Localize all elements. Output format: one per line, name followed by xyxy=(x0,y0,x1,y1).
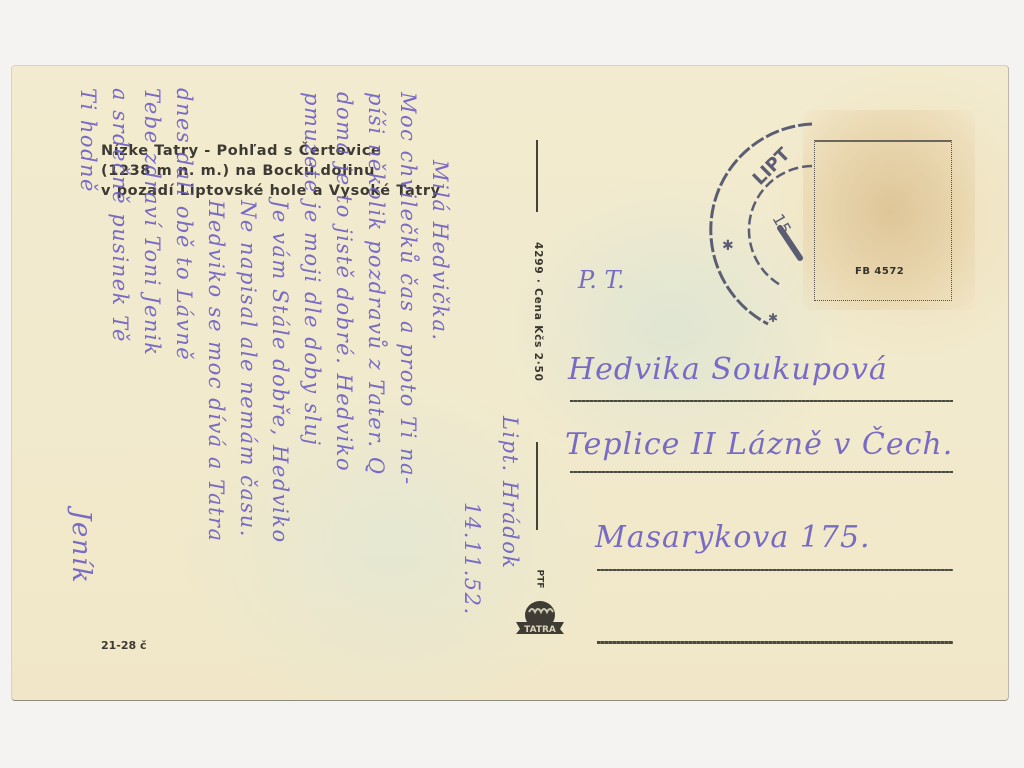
message-line: Moc chvilečků čas a proto Ti na- xyxy=(396,92,420,486)
sender-date: 14.11.52. xyxy=(460,502,484,616)
address-line-4 xyxy=(597,641,953,644)
postmark-icon: ✱ ✱ LIPT 15. xyxy=(700,110,940,350)
divider-bottom xyxy=(536,442,538,530)
message-line: pmuzete je moji dle doby sluj xyxy=(300,92,324,446)
message-line: píši několik pozdravů z Tater. Q xyxy=(364,92,388,476)
message-line: Tebe zdraví Toni Jenik xyxy=(140,88,164,356)
divider-top xyxy=(536,140,538,212)
message-line: doma je to jistě dobré. Hedviko xyxy=(332,92,356,472)
address-line-1 xyxy=(570,400,953,402)
message-line: Ne napisal ale nemám času. xyxy=(236,200,260,538)
address-line-3 xyxy=(597,569,953,571)
address-street: Masarykova 175. xyxy=(595,520,871,555)
tatra-logo-icon: TATRA xyxy=(512,596,568,638)
svg-text:TATRA: TATRA xyxy=(524,625,556,635)
address-salutation: P. T. xyxy=(578,266,625,294)
message-line: Hedviko se moc dívá a Tatra xyxy=(204,200,228,543)
address-name: Hedvika Soukupová xyxy=(568,352,888,387)
svg-text:15.: 15. xyxy=(769,211,798,243)
series-code: 21-28 č xyxy=(101,639,147,652)
message-line: a srdečně pusinek Tě xyxy=(108,88,132,343)
address-city: Teplice II Lázně v Čech. xyxy=(565,427,953,462)
message-line: Ti hodně xyxy=(76,88,100,193)
svg-text:✱: ✱ xyxy=(768,311,778,325)
signature: Jeník xyxy=(66,510,96,584)
publisher-text: 4299 · Cena Kčs 2·50 xyxy=(532,242,544,382)
svg-text:✱: ✱ xyxy=(722,238,734,254)
publisher-mark: PTF xyxy=(534,570,544,589)
address-line-2 xyxy=(570,471,953,473)
message-line: dnes dali obě to Lávně xyxy=(172,88,196,361)
sender-place: Lipt. Hrádok xyxy=(498,416,522,570)
message-line: Je vám Stále dobře, Hedviko xyxy=(268,200,292,544)
message-line: Milá Hedvička. xyxy=(428,160,452,342)
